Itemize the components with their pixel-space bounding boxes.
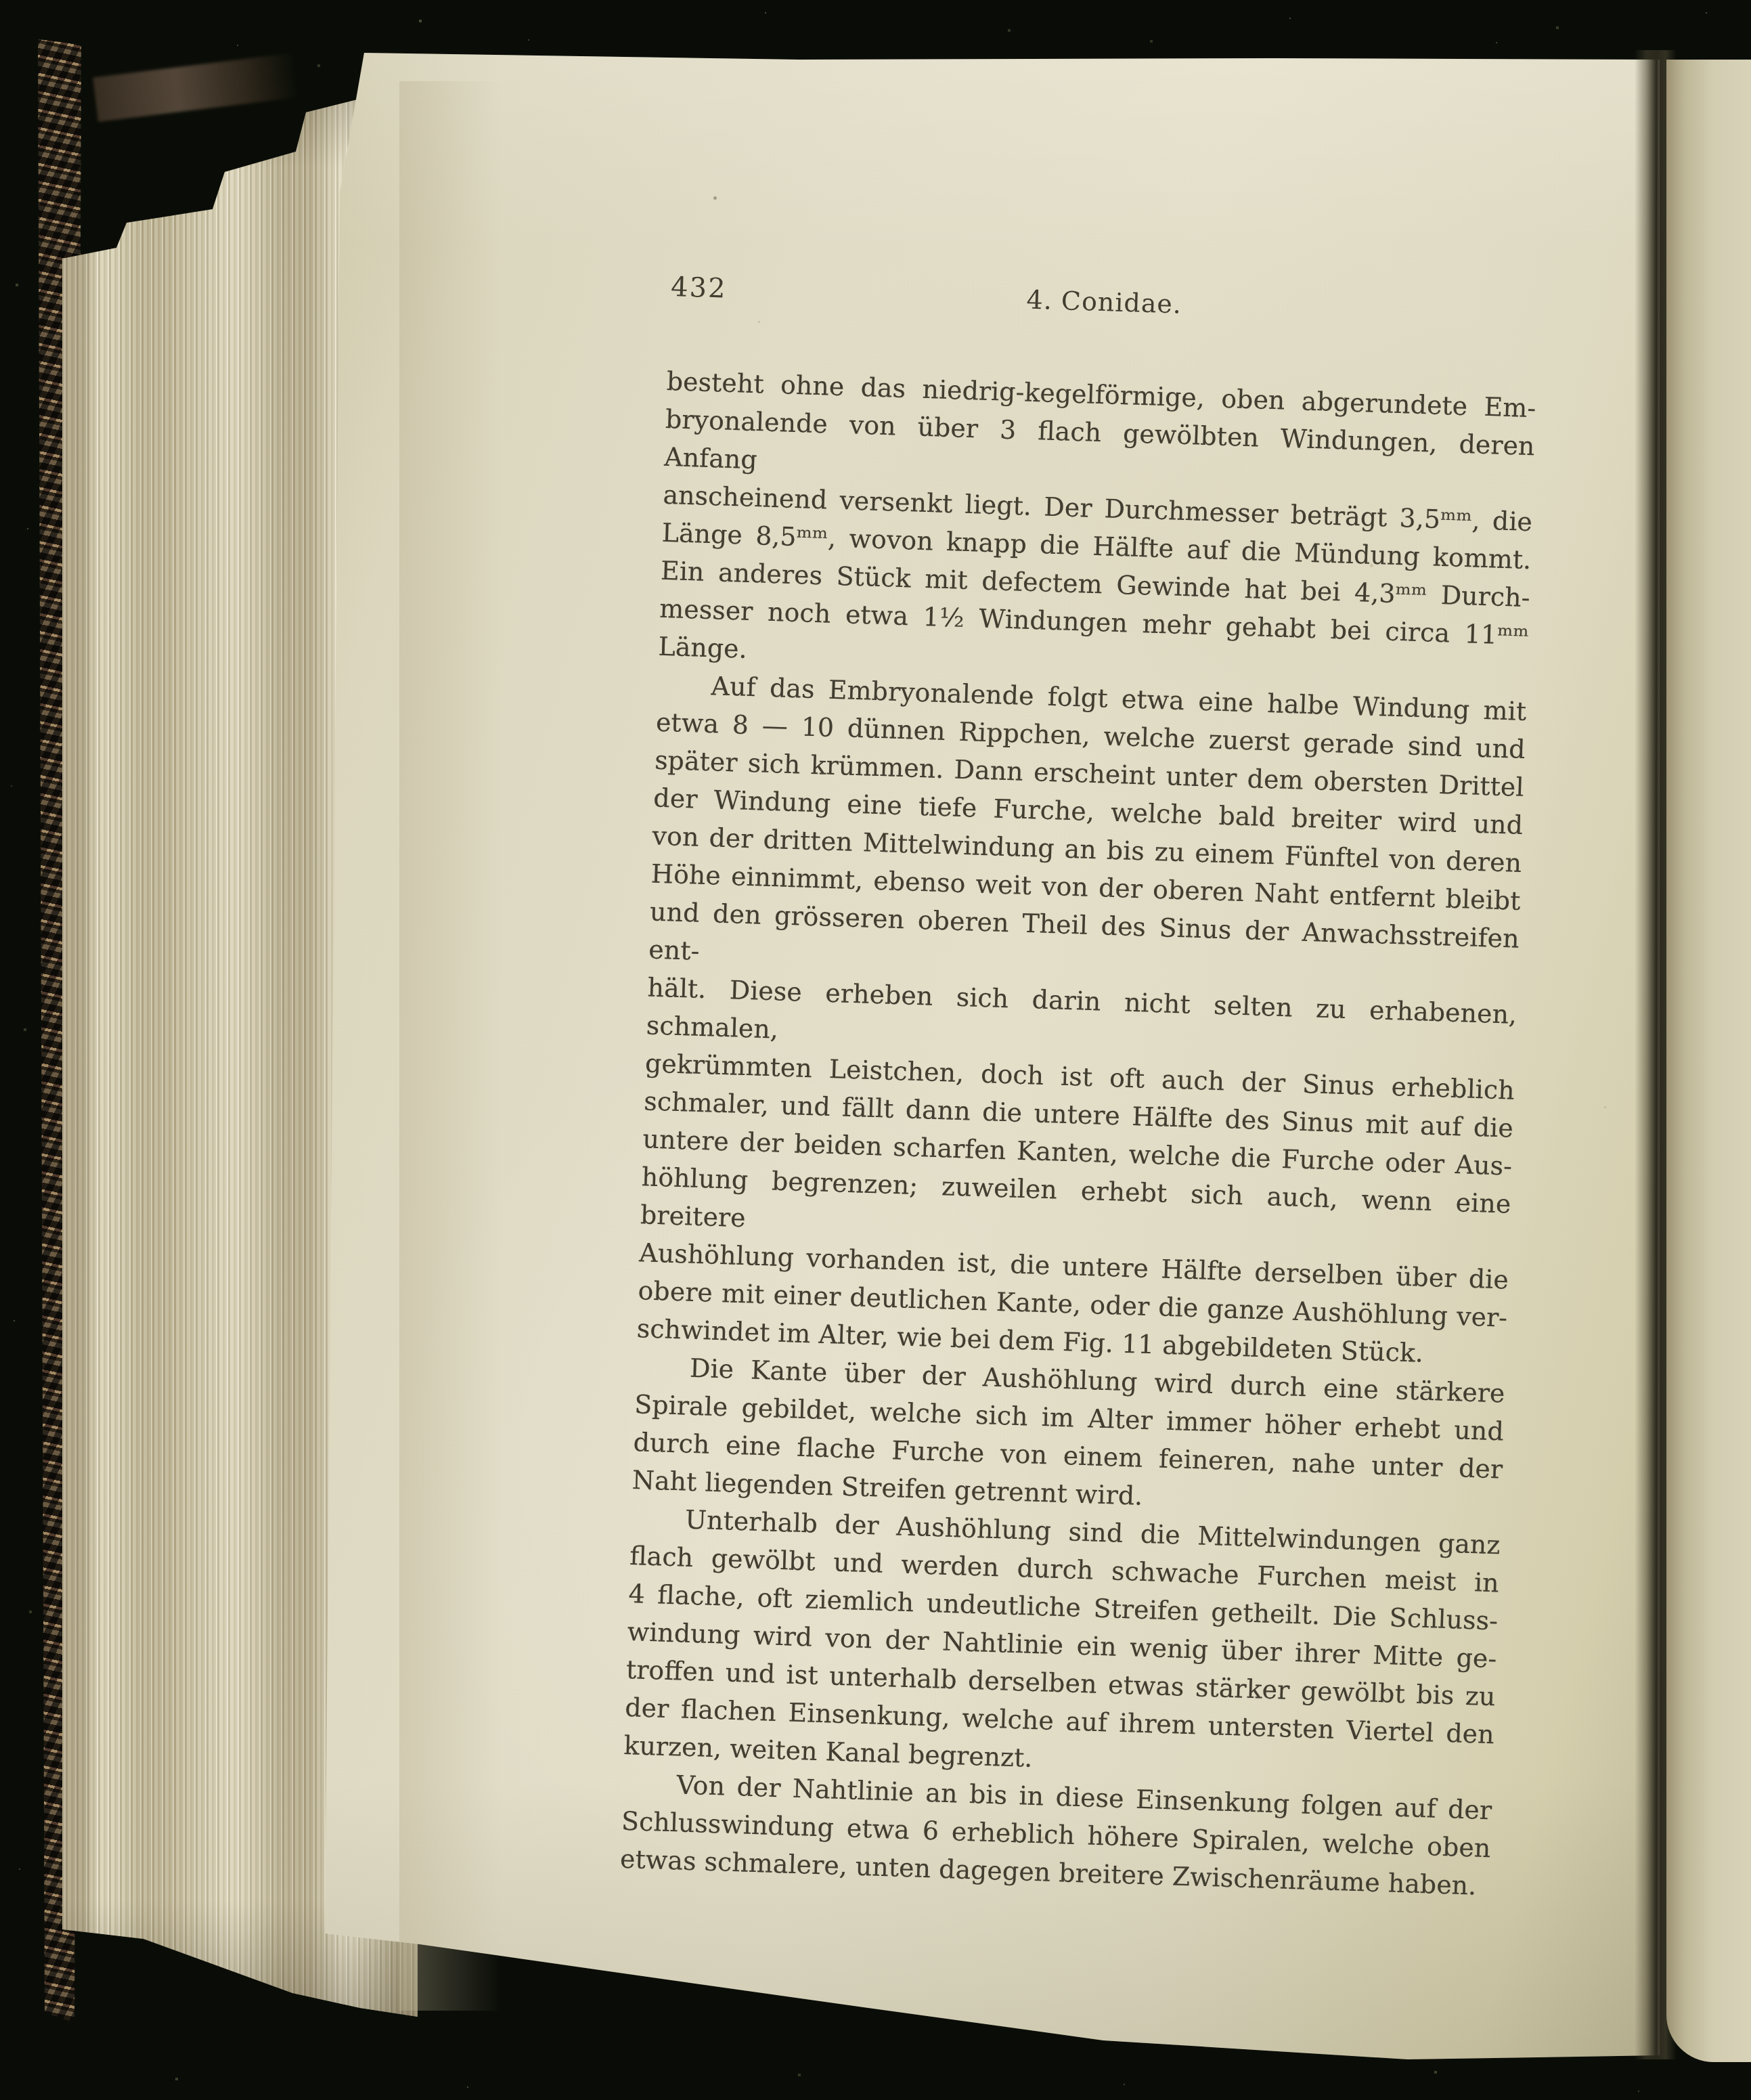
foxing-spots — [325, 50, 327, 52]
paragraph: besteht ohne das niedrig-kegelförmige, o… — [658, 362, 1536, 693]
dust-specks — [0, 0, 1, 1]
page-content: 432 4. Conidae. besteht ohne das niedrig… — [619, 271, 1539, 1905]
scanned-book-page: 432 4. Conidae. besteht ohne das niedrig… — [0, 0, 1751, 2100]
cover-board-top-edge — [93, 53, 300, 122]
paragraph: Unterhalb der Aushöhlung sind die Mittel… — [623, 1499, 1501, 1791]
facing-page-edge — [1666, 60, 1751, 2062]
page-stack-shading — [399, 81, 501, 2011]
paragraph: Auf das Embryonalende folgt etwa eine ha… — [636, 665, 1527, 1375]
text-block: besteht ohne das niedrig-kegelförmige, o… — [619, 362, 1536, 1905]
paragraph: Die Kante über der Aushöhlung wird durch… — [631, 1347, 1505, 1526]
